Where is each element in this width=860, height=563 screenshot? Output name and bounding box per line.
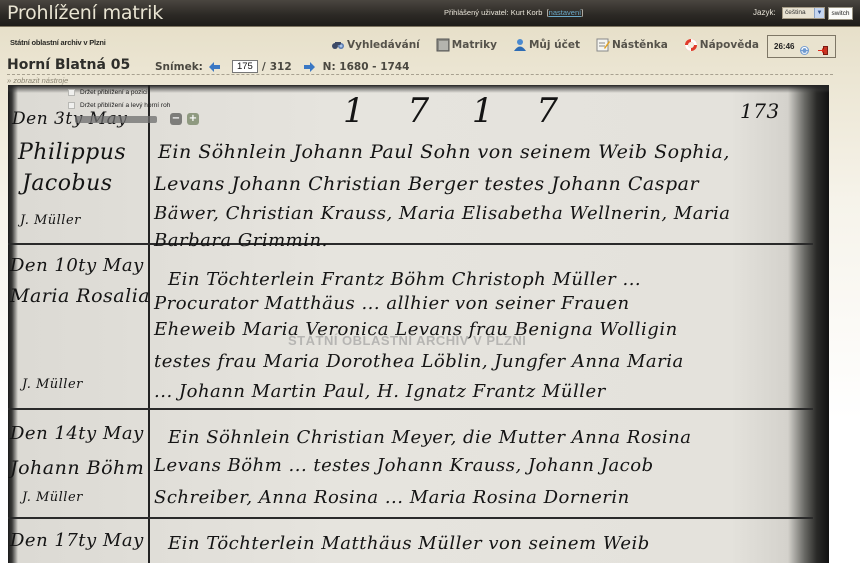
margin-entry: Maria Rosalia (10, 285, 150, 307)
margin-entry: J. Müller (20, 213, 81, 228)
next-frame-arrow-icon[interactable] (304, 62, 315, 72)
search-binoculars-icon (331, 38, 345, 52)
language-select[interactable]: čeština ▼ (782, 7, 825, 19)
margin-entry: Jacobus (22, 171, 113, 196)
zoom-out-button[interactable]: − (170, 113, 182, 125)
archive-name: Státní oblastní archiv v Plzni (10, 38, 106, 47)
keep-zoom-topleft-option[interactable]: Držet přiblížení a levý horní roh (68, 102, 170, 109)
entry-rule (8, 517, 813, 519)
language-selected: čeština (785, 9, 806, 16)
manuscript-line: Ein Töchterlein Matthäus Müller von sein… (168, 533, 650, 554)
margin-entry: J. Müller (22, 377, 83, 392)
frame-number-input[interactable]: 175 (232, 60, 258, 73)
manuscript-line: testes frau Maria Dorothea Löblin, Jungf… (154, 351, 684, 372)
app-title: Prohlížení matrik (7, 0, 163, 27)
session-timer: 26:46 (774, 42, 794, 51)
logout-icon[interactable] (818, 41, 829, 52)
margin-entry: Philippus (18, 140, 126, 165)
register-range: N: 1680 - 1744 (323, 61, 410, 73)
manuscript-line: Levans Johann Christian Berger testes Jo… (154, 173, 699, 195)
switch-language-button[interactable]: switch (828, 7, 853, 20)
main-nav: Vyhledávání Matriky Můj účet Nástěnka Ná… (331, 36, 775, 54)
keep-zoom-topleft-checkbox[interactable] (68, 102, 75, 109)
nav-help[interactable]: Nápověda (684, 36, 759, 54)
entry-rule (8, 243, 813, 245)
chevron-down-icon: ▼ (814, 8, 824, 18)
logged-user-info: Přihlášený uživatel: Kurt Korb [nastaven… (444, 8, 583, 17)
frame-separator: / (262, 61, 266, 73)
manuscript-line: Ein Töchterlein Frantz Böhm Christoph Mü… (168, 269, 641, 290)
year-heading: 1 7 1 7 (343, 91, 574, 131)
settings-link[interactable]: nastavení (549, 8, 582, 17)
manuscript-line: Levans Böhm ... testes Johann Krauss, Jo… (154, 455, 654, 476)
manuscript-line: Ein Söhnlein Johann Paul Sohn von seinem… (158, 141, 730, 163)
top-bar: Prohlížení matrik Přihlášený uživatel: K… (0, 0, 860, 27)
user-label: Přihlášený uživatel: (444, 8, 509, 17)
refresh-icon[interactable] (799, 41, 810, 52)
language-label: Jazyk: (753, 8, 776, 17)
lifebuoy-help-icon (684, 38, 698, 52)
register-page-scan: 1 7 1 7 173 Den 3ty May Philippus Jacobu… (8, 85, 829, 563)
nav-noticeboard[interactable]: Nástěnka (596, 36, 668, 54)
frame-navigation: Snímek: 175 / 312 N: 1680 - 1744 (155, 60, 409, 73)
keep-zoom-position-option[interactable]: Držet přiblížení a pozici (68, 89, 148, 96)
entry-rule (8, 408, 813, 410)
manuscript-line: Barbara Grimmin. (154, 230, 328, 251)
zoom-in-button[interactable]: + (187, 113, 199, 125)
frame-total: 312 (270, 61, 292, 73)
image-viewer[interactable]: 1 7 1 7 173 Den 3ty May Philippus Jacobu… (8, 85, 829, 563)
nav-my-account[interactable]: Můj účet (513, 36, 580, 54)
manuscript-line: ... Johann Martin Paul, H. Ignatz Frantz… (154, 381, 606, 402)
page-number: 173 (740, 99, 780, 123)
manuscript-line: Ein Söhnlein Christian Meyer, die Mutter… (168, 427, 692, 448)
noticeboard-icon (596, 38, 610, 52)
archive-watermark: STÁTNÍ OBLASTNÍ ARCHIV V PLZNI (288, 333, 526, 348)
margin-rule (148, 85, 150, 563)
frame-label: Snímek: (155, 61, 203, 73)
show-tools-link[interactable]: » zobrazit nástroje (7, 76, 68, 85)
user-name: Kurt Korb (511, 8, 543, 17)
session-box: 26:46 (767, 35, 836, 58)
margin-entry: Den 10ty May (10, 255, 144, 276)
nav-registers[interactable]: Matriky (436, 36, 497, 54)
book-icon (436, 38, 450, 52)
user-icon (513, 38, 527, 52)
previous-frame-arrow-icon[interactable] (209, 62, 220, 72)
divider (7, 74, 833, 75)
margin-entry: J. Müller (22, 490, 83, 505)
manuscript-line: Procurator Matthäus ... allhier von sein… (154, 293, 630, 314)
zoom-slider[interactable] (75, 116, 157, 123)
manuscript-line: Schreiber, Anna Rosina ... Maria Rosina … (154, 487, 630, 508)
keep-zoom-position-checkbox[interactable] (68, 89, 75, 96)
register-title: Horní Blatná 05 (7, 57, 130, 73)
margin-entry: Den 17ty May (10, 530, 144, 551)
manuscript-line: Bäwer, Christian Krauss, Maria Elisabeth… (154, 203, 731, 224)
margin-entry: Johann Böhm (10, 457, 144, 479)
margin-entry: Den 14ty May (10, 423, 144, 444)
nav-search[interactable]: Vyhledávání (331, 36, 420, 54)
